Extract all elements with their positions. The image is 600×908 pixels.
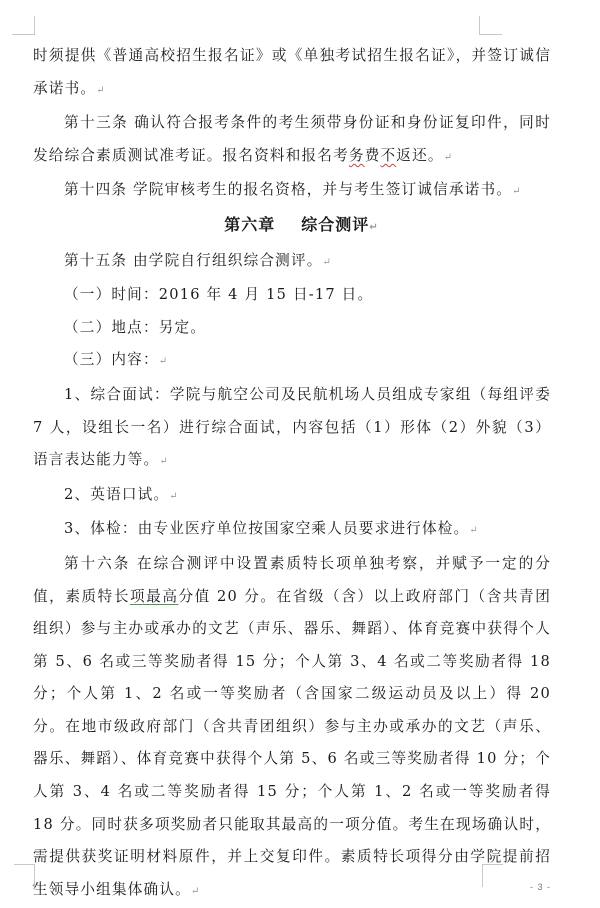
paragraph-mark-icon: ↵ (32, 880, 40, 891)
paragraph-time: （一）时间：2016 年 4 月 15 日-17 日。 (33, 279, 551, 312)
paragraph-mark-icon: ↵ (169, 491, 177, 502)
paragraph-mark-icon: ↵ (159, 456, 167, 467)
paragraph-mark-icon: ↵ (191, 886, 199, 897)
paragraph-article-13: 第十三条 确认符合报考条件的考生须带身份证和身份证复印件，同时发给综合素质测试准… (33, 107, 551, 174)
paragraph-mark-icon: ↵ (159, 356, 167, 367)
paragraph-mark-icon: ↵ (512, 186, 520, 197)
paragraph-location: （二）地点：另定。 (33, 312, 551, 345)
paragraph-mark-icon: ↵ (369, 222, 377, 233)
paragraph-english-oral: 2、英语口试。↵ (33, 479, 551, 514)
spellcheck-underline: 务 (349, 147, 365, 164)
paragraph-content: （三）内容：↵ (33, 344, 551, 379)
document-page: 时须提供《普通高校招生报名证》或《单独考试招生报名证》，并签订诚信承诺书。↵ 第… (0, 0, 600, 908)
paragraph-1: 时须提供《普通高校招生报名证》或《单独考试招生报名证》，并签订诚信承诺书。↵ (33, 40, 551, 107)
crop-mark-top-left (12, 16, 35, 35)
paragraph-mark-icon: ↵ (469, 525, 477, 536)
paragraph-article-14: 第十四条 学院审核考生的报名资格，并与考生签订诚信承诺书。↵ (33, 174, 551, 209)
document-body: 时须提供《普通高校招生报名证》或《单独考试招生报名证》，并签订诚信承诺书。↵ 第… (33, 40, 551, 908)
paragraph-mark-icon: ↵ (444, 152, 452, 163)
chapter-heading: 第六章综合测评↵ (33, 209, 551, 245)
paragraph-mark-icon: ↵ (96, 85, 104, 96)
grammar-underline: 项最高 (130, 588, 179, 605)
crop-mark-top-right (479, 16, 502, 35)
page-number: - 3 - (530, 882, 551, 892)
paragraph-article-16: 第十六条 在综合测评中设置素质特长项单独考察，并赋予一定的分值，素质特长项最高分… (33, 548, 551, 908)
paragraph-mark-icon: ↵ (323, 257, 331, 268)
spellcheck-underline: 不 (380, 147, 396, 164)
paragraph-interview: 1、综合面试：学院与航空公司及民航机场人员组成专家组（每组评委 7 人，设组长一… (33, 379, 551, 479)
paragraph-physical-exam: 3、体检：由专业医疗单位按国家空乘人员要求进行体检。↵ (33, 513, 551, 548)
paragraph-article-15: 第十五条 由学院自行组织综合测评。↵ (33, 245, 551, 280)
